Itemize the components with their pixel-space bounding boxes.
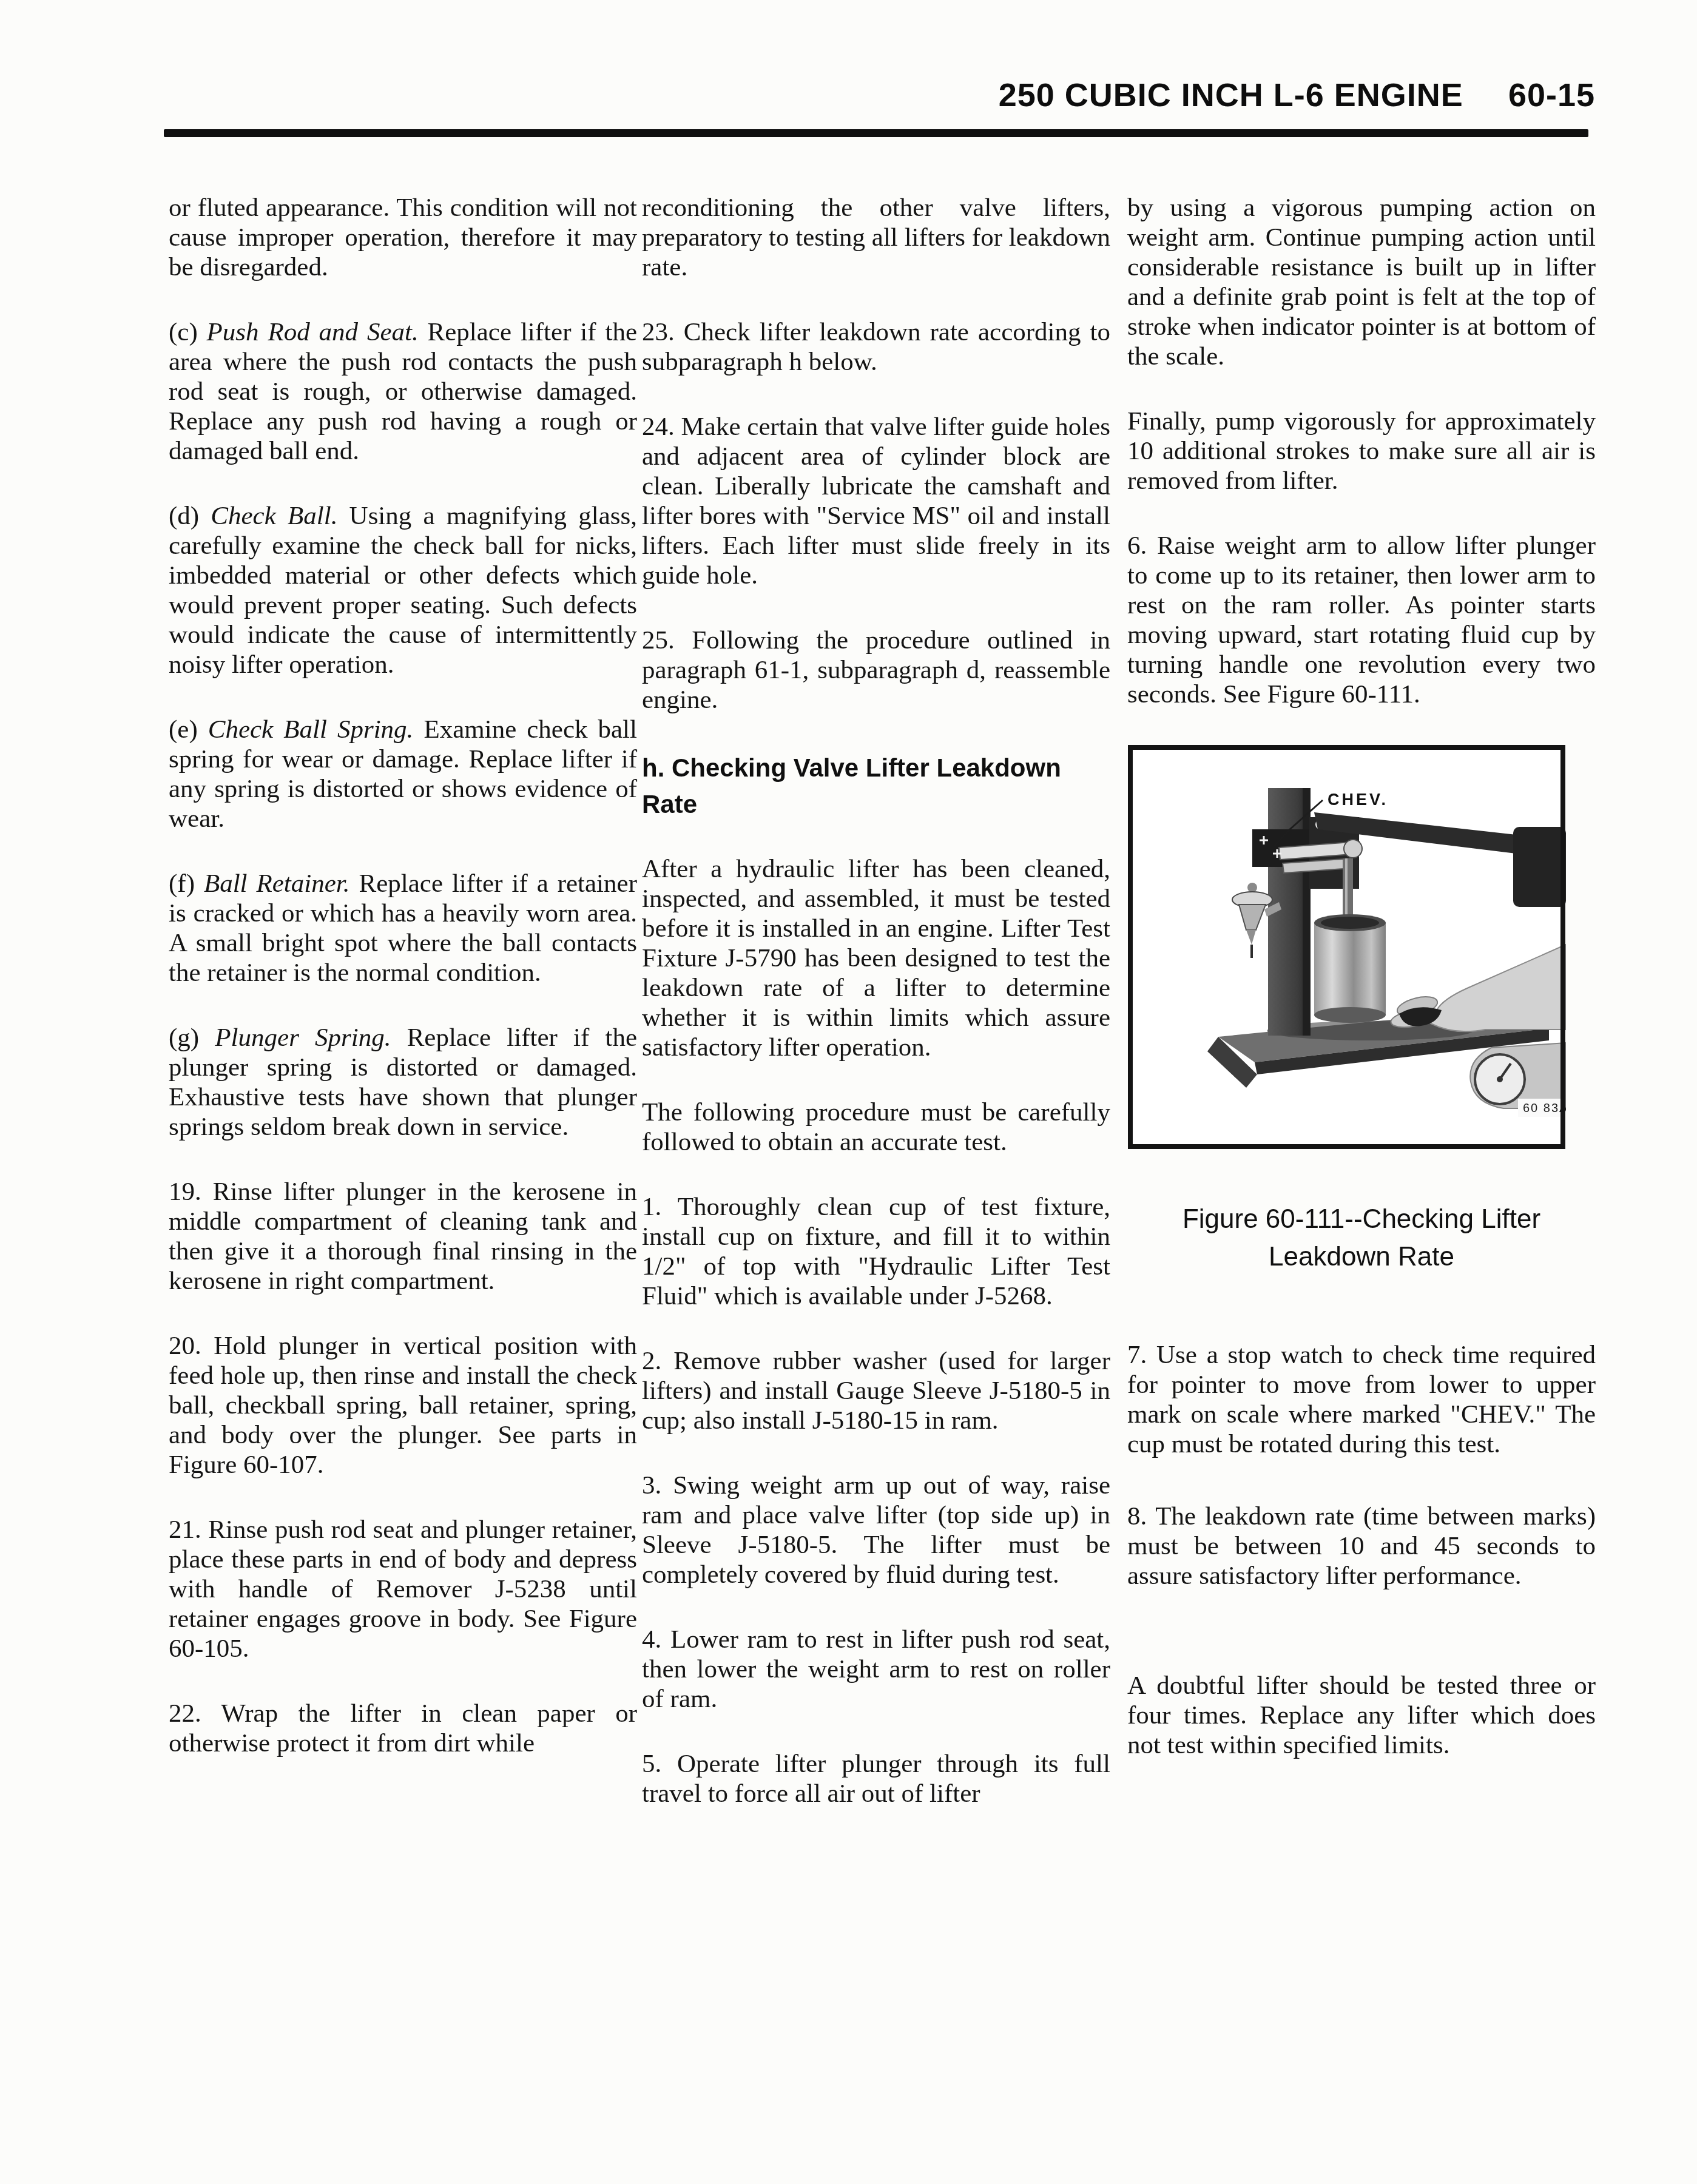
paragraph: (e) Check Ball Spring. Examine check bal…	[169, 715, 637, 834]
paragraph: 24. Make certain that valve lifter guide…	[642, 412, 1110, 590]
manual-page: 250 CUBIC INCH L-6 ENGINE 60-15 or flute…	[0, 0, 1697, 2184]
paragraph: (f) Ball Retainer. Replace lifter if a r…	[169, 869, 637, 988]
paragraph: 25. Following the procedure outlined in …	[642, 625, 1110, 715]
paragraph: 8. The leakdown rate (time between marks…	[1127, 1501, 1596, 1591]
paragraph: reconditioning the other valve lifters, …	[642, 193, 1110, 282]
section-heading: h. Checking Valve Lifter Leakdown Rate	[642, 750, 1110, 823]
paragraph: 19. Rinse lifter plunger in the kerosene…	[169, 1177, 637, 1296]
figure-caption-line1: Figure 60-111--Checking Lifter	[1183, 1204, 1540, 1234]
paragraph: 21. Rinse push rod seat and plunger reta…	[169, 1515, 637, 1663]
column-3-top-text: by using a vigorous pumping action on we…	[1127, 193, 1596, 709]
figure-caption-line2: Leakdown Rate	[1269, 1242, 1454, 1272]
paragraph: (c) Push Rod and Seat. Replace lifter if…	[169, 317, 637, 466]
paragraph: or fluted appearance. This condition wil…	[169, 193, 637, 282]
cup-interior	[1321, 917, 1379, 929]
figure-60-111: CHEV. 60 83A	[1127, 744, 1596, 1150]
page-header: 250 CUBIC INCH L-6 ENGINE 60-15	[999, 76, 1595, 114]
paragraph: After a hydraulic lifter has been cleane…	[642, 854, 1110, 1062]
fluid-cup	[1314, 923, 1386, 1015]
paragraph: 23. Check lifter leakdown rate according…	[642, 317, 1110, 377]
gauge-center	[1497, 1076, 1503, 1082]
paragraph: 5. Operate lifter plunger through its fu…	[642, 1749, 1110, 1808]
figure-caption: Figure 60-111--Checking Lifter Leakdown …	[1127, 1201, 1596, 1276]
header-title: 250 CUBIC INCH L-6 ENGINE	[999, 76, 1463, 114]
column-2: reconditioning the other valve lifters, …	[642, 193, 1110, 1844]
paragraph: 2. Remove rubber washer (used for larger…	[642, 1346, 1110, 1435]
column-3: by using a vigorous pumping action on we…	[1127, 193, 1596, 1795]
paragraph: 7. Use a stop watch to check time requir…	[1127, 1340, 1596, 1459]
column-3-bottom-text: 7. Use a stop watch to check time requir…	[1127, 1340, 1596, 1760]
paragraph: The following procedure must be carefull…	[642, 1097, 1110, 1157]
cup-bottom	[1314, 1007, 1386, 1023]
column-1: or fluted appearance. This condition wil…	[169, 193, 637, 1793]
photo-badge: 60 83A	[1523, 1102, 1566, 1115]
paragraph: (g) Plunger Spring. Replace lifter if th…	[169, 1023, 637, 1142]
paragraph: 22. Wrap the lifter in clean paper or ot…	[169, 1699, 637, 1758]
paragraph: 4. Lower ram to rest in lifter push rod …	[642, 1625, 1110, 1714]
indicator-knob	[1247, 883, 1257, 892]
paragraph: 6. Raise weight arm to allow lifter plun…	[1127, 531, 1596, 709]
photo-label-chev: CHEV.	[1328, 790, 1388, 809]
page-number: 60-15	[1508, 76, 1595, 114]
paragraph: 1. Thoroughly clean cup of test fixture,…	[642, 1192, 1110, 1311]
paragraph: A doubtful lifter should be tested three…	[1127, 1671, 1596, 1760]
arm-weight	[1513, 827, 1566, 907]
paragraph: Finally, pump vigorously for approximate…	[1127, 406, 1596, 496]
paragraph: 20. Hold plunger in vertical position wi…	[169, 1331, 637, 1480]
pivot-nut	[1344, 840, 1362, 858]
header-rule	[164, 129, 1588, 137]
paragraph: by using a vigorous pumping action on we…	[1127, 193, 1596, 371]
paragraph: 3. Swing weight arm up out of way, raise…	[642, 1471, 1110, 1589]
paragraph: (d) Check Ball. Using a magnifying glass…	[169, 501, 637, 679]
lifter-test-fixture-photo: CHEV. 60 83A	[1127, 744, 1566, 1150]
